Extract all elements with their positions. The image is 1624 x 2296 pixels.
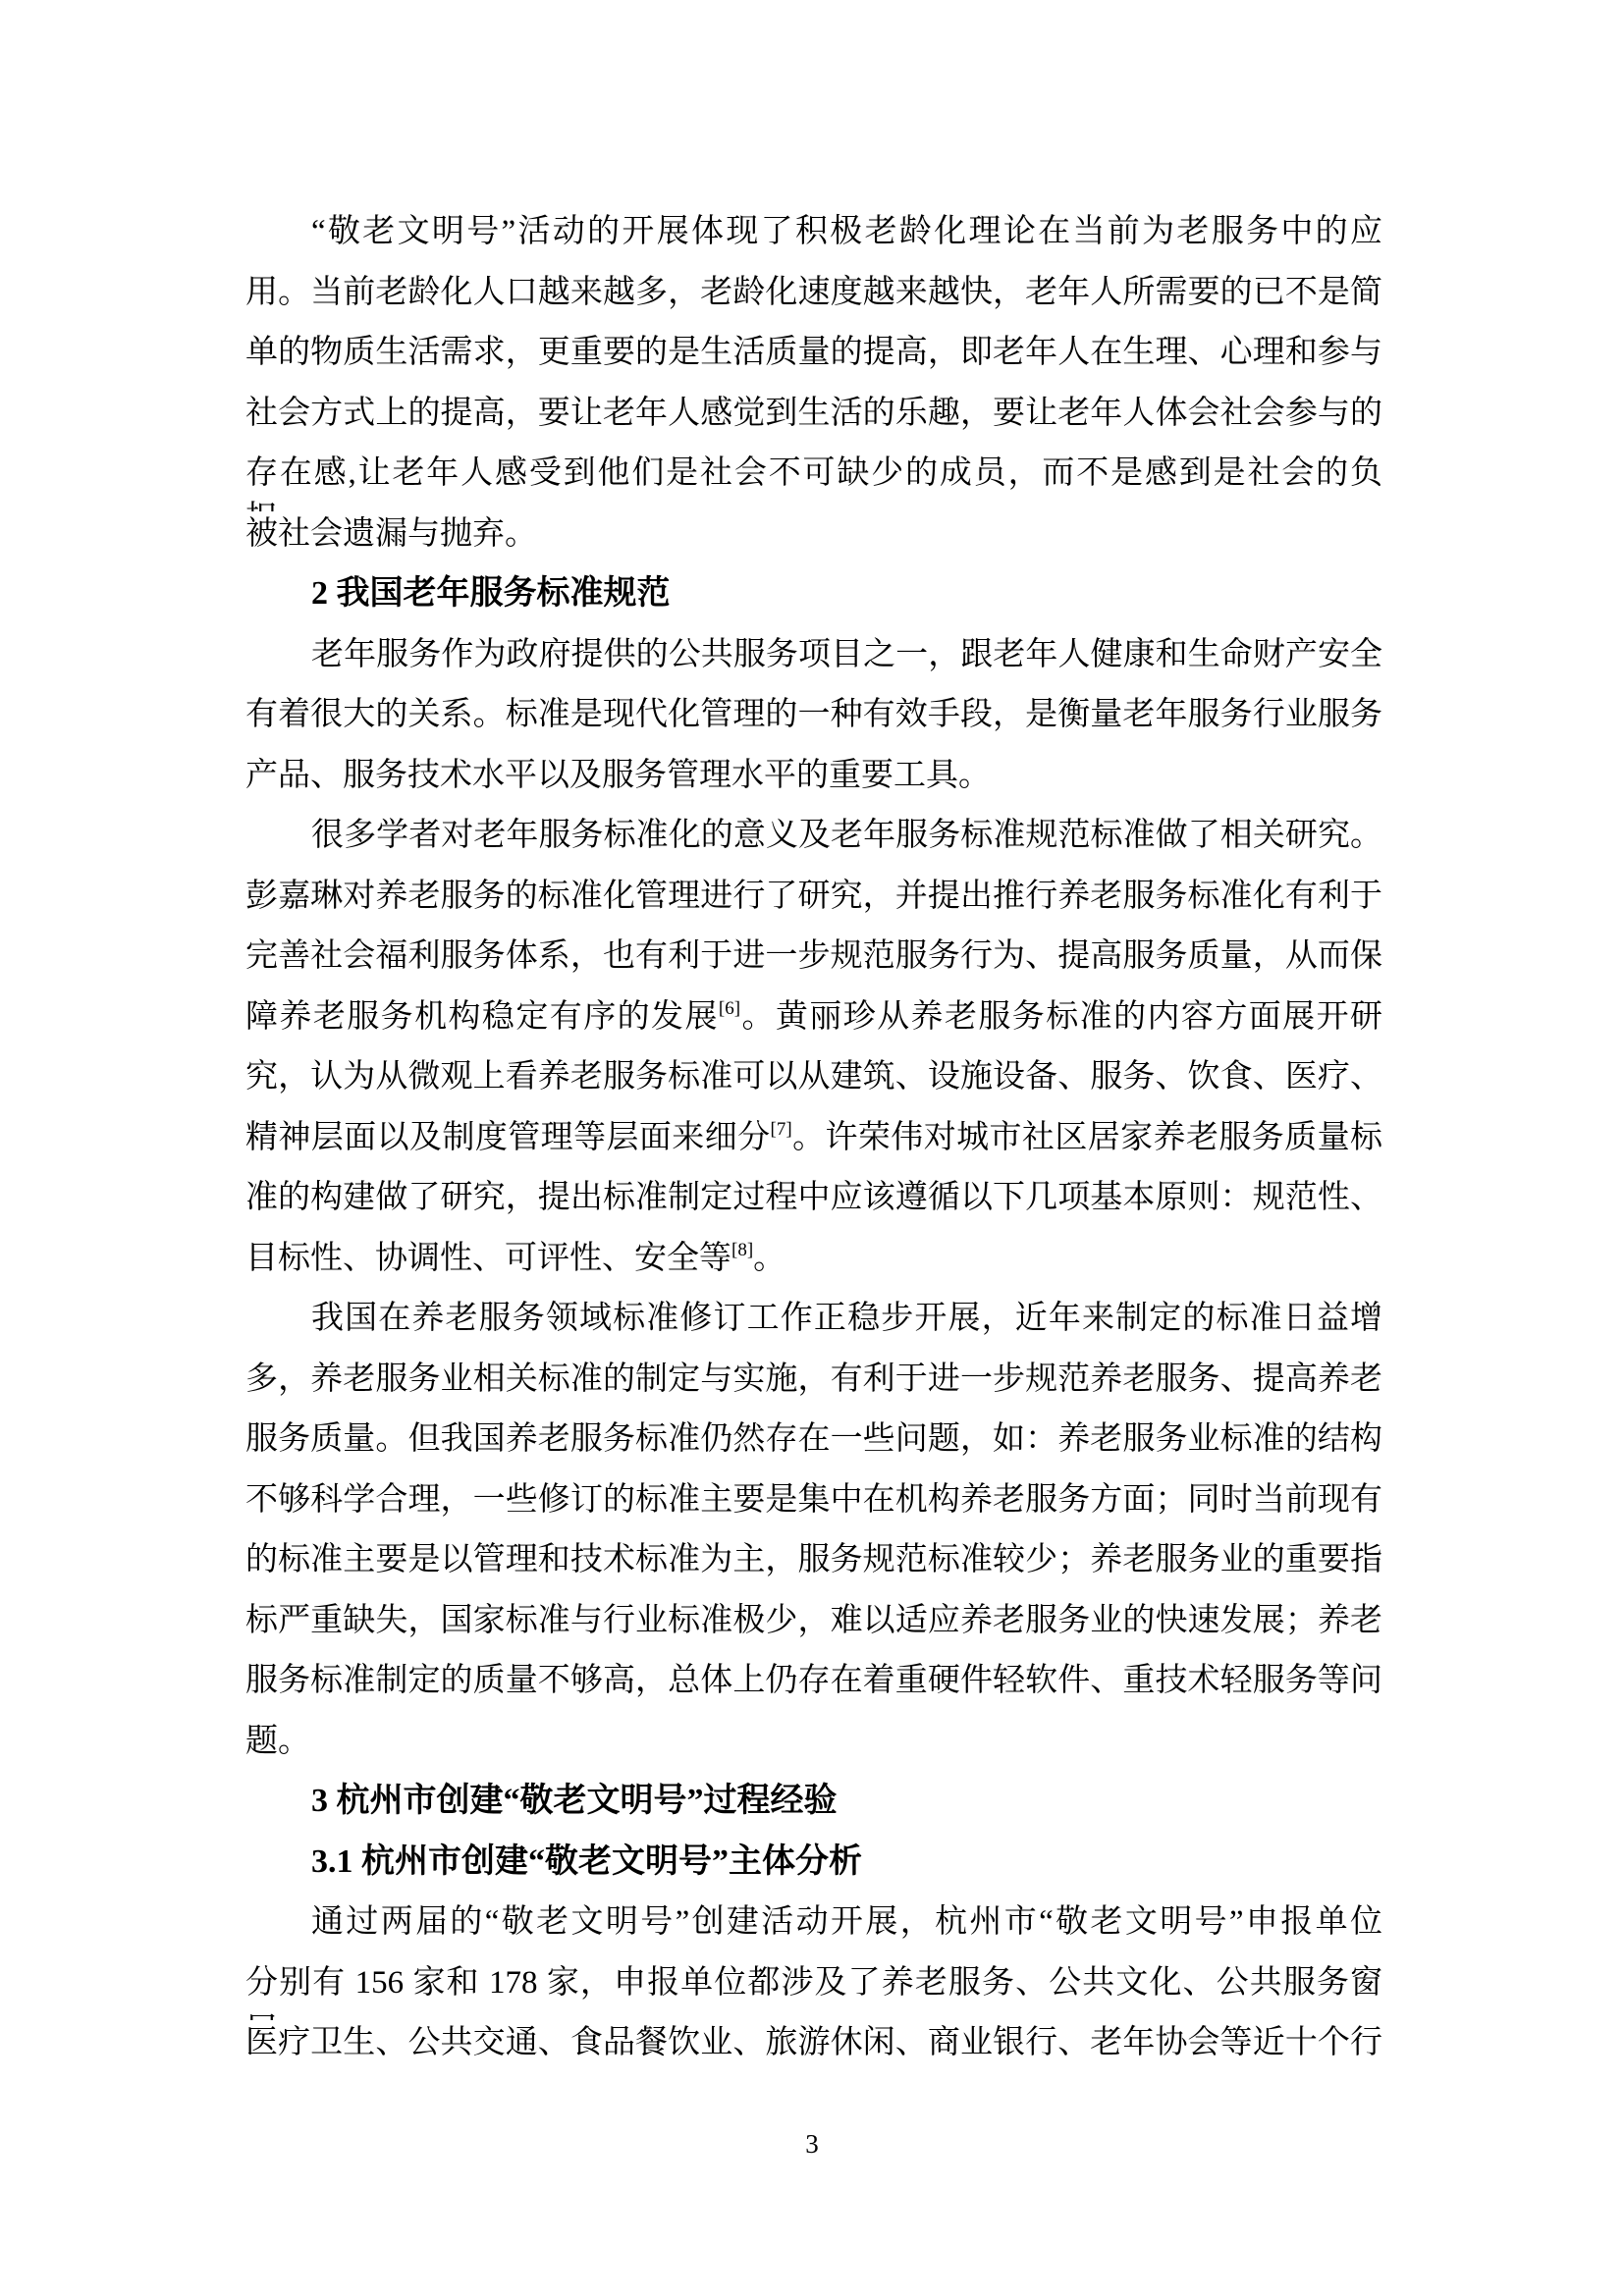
section-heading: 3 杭州市创建“敬老文明号”过程经验	[245, 1779, 1382, 1840]
text-line: 被社会遗漏与抛弃。	[245, 511, 1382, 572]
text-line: 老年服务作为政府提供的公共服务项目之一，跟老年人健康和生命财产安全	[245, 632, 1382, 693]
text-line: 分别有 156 家和 178 家，申报单位都涉及了养老服务、公共文化、公共服务窗…	[245, 1960, 1382, 2021]
text-line: 有着很大的关系。标准是现代化管理的一种有效手段，是衡量老年服务行业服务	[245, 692, 1382, 753]
citation-ref: [6]	[719, 998, 740, 1019]
text-line: 单的物质生活需求，更重要的是生活质量的提高，即老年人在生理、心理和参与	[245, 330, 1382, 391]
citation-ref: [7]	[771, 1119, 792, 1140]
document-page: “敬老文明号”活动的开展体现了积极老龄化理论在当前为老服务中的应用。当前老龄化人…	[0, 0, 1624, 2296]
text-line: 服务质量。但我国养老服务标准仍然存在一些问题，如：养老服务业标准的结构	[245, 1416, 1382, 1477]
text-line: 题。	[245, 1719, 1382, 1780]
text-line: 产品、服务技术水平以及服务管理水平的重要工具。	[245, 753, 1382, 814]
text-line: “敬老文明号”活动的开展体现了积极老龄化理论在当前为老服务中的应	[245, 209, 1382, 270]
text-line: 多，养老服务业相关标准的制定与实施，有利于进一步规范养老服务、提高养老	[245, 1357, 1382, 1417]
document-body: “敬老文明号”活动的开展体现了积极老龄化理论在当前为老服务中的应用。当前老龄化人…	[245, 209, 1382, 2081]
text-line: 准的构建做了研究，提出标准制定过程中应该遵循以下几项基本原则：规范性、	[245, 1175, 1382, 1236]
page-number: 3	[0, 2128, 1624, 2160]
text-line: 目标性、协调性、可评性、安全等[8]。	[245, 1236, 1382, 1297]
text-line: 彭嘉琳对养老服务的标准化管理进行了研究，并提出推行养老服务标准化有利于	[245, 874, 1382, 934]
text-line: 存在感,让老年人感受到他们是社会不可缺少的成员，而不是感到是社会的负担，	[245, 451, 1382, 511]
text-line: 我国在养老服务领域标准修订工作正稳步开展，近年来制定的标准日益增	[245, 1296, 1382, 1357]
text-line: 社会方式上的提高，要让老年人感觉到生活的乐趣，要让老年人体会社会参与的	[245, 391, 1382, 452]
text-line: 障养老服务机构稳定有序的发展[6]。黄丽珍从养老服务标准的内容方面展开研	[245, 994, 1382, 1055]
text-line: 精神层面以及制度管理等层面来细分[7]。许荣伟对城市社区居家养老服务质量标	[245, 1115, 1382, 1176]
text-line: 医疗卫生、公共交通、食品餐饮业、旅游休闲、商业银行、老年协会等近十个行	[245, 2020, 1382, 2081]
text-line: 通过两届的“敬老文明号”创建活动开展，杭州市“敬老文明号”申报单位	[245, 1899, 1382, 1960]
text-line: 不够科学合理，一些修订的标准主要是集中在机构养老服务方面；同时当前现有	[245, 1477, 1382, 1538]
text-line: 完善社会福利服务体系，也有利于进一步规范服务行为、提高服务质量，从而保	[245, 934, 1382, 994]
text-line: 标严重缺失，国家标准与行业标准极少，难以适应养老服务业的快速发展；养老	[245, 1598, 1382, 1659]
citation-ref: [8]	[731, 1240, 753, 1260]
text-line: 很多学者对老年服务标准化的意义及老年服务标准规范标准做了相关研究。	[245, 813, 1382, 874]
section-heading: 2 我国老年服务标准规范	[245, 571, 1382, 632]
text-line: 服务标准制定的质量不够高，总体上仍存在着重硬件轻软件、重技术轻服务等问	[245, 1658, 1382, 1719]
section-heading: 3.1 杭州市创建“敬老文明号”主体分析	[245, 1840, 1382, 1900]
text-line: 究，认为从微观上看养老服务标准可以从建筑、设施设备、服务、饮食、医疗、	[245, 1054, 1382, 1115]
text-line: 用。当前老龄化人口越来越多，老龄化速度越来越快，老年人所需要的已不是简	[245, 270, 1382, 331]
text-line: 的标准主要是以管理和技术标准为主，服务规范标准较少；养老服务业的重要指	[245, 1537, 1382, 1598]
